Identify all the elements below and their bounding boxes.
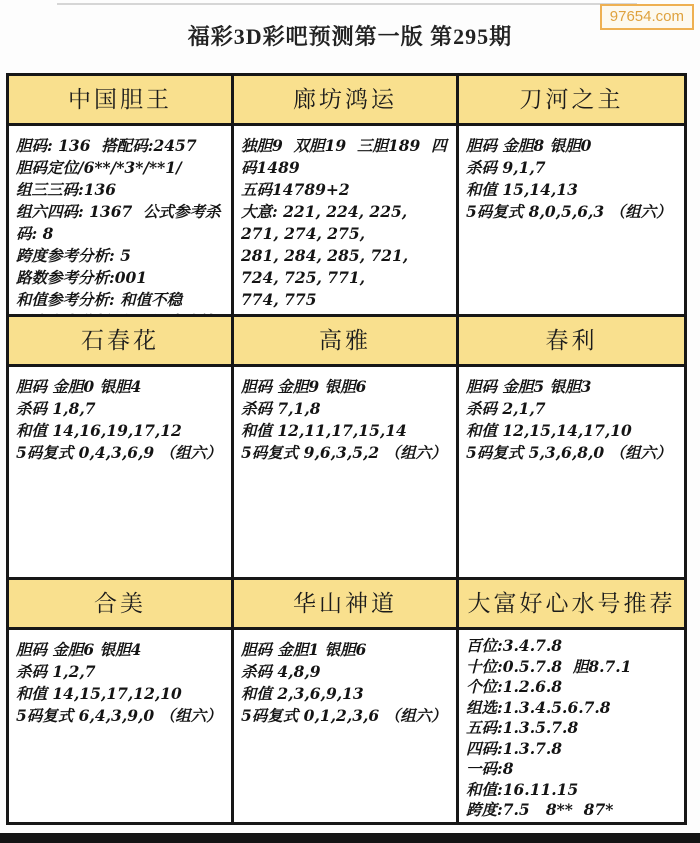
prediction-cell-langfanghongyun: 廊坊鸿运 独胆9 双胆19 三胆189 四码1489 五码14789+2 大意:… <box>234 76 459 317</box>
prediction-cell-chunli: 春利 胆码 金胆5 银胆3 杀码 2,1,7 和值 12,15,14,17,10… <box>459 317 684 580</box>
prediction-cell-hemei: 合美 胆码 金胆6 银胆4 杀码 1,2,7 和值 14,15,17,12,10… <box>9 580 234 822</box>
predictor-name: 中国胆王 <box>9 76 231 126</box>
prediction-cell-daohezhizhu: 刀河之主 胆码 金胆8 银胆0 杀码 9,1,7 和值 15,14,13 5码复… <box>459 76 684 317</box>
prediction-cell-huashanshendao: 华山神道 胆码 金胆1 银胆6 杀码 4,8,9 和值 2,3,6,9,13 5… <box>234 580 459 822</box>
prediction-lines: 胆码 金胆1 银胆6 杀码 4,8,9 和值 2,3,6,9,13 5码复式 0… <box>234 630 456 727</box>
predictor-name: 合美 <box>9 580 231 630</box>
prediction-cell-shichunhua: 石春花 胆码 金胆0 银胆4 杀码 1,8,7 和值 14,16,19,17,1… <box>9 317 234 580</box>
predictor-name: 高雅 <box>234 317 456 367</box>
prediction-table: 中国胆王 胆码: 136 搭配码:2457 胆码定位/6**/*3*/**1/ … <box>6 73 687 825</box>
prediction-lines: 胆码 金胆5 银胆3 杀码 2,1,7 和值 12,15,14,17,10 5码… <box>459 367 684 464</box>
prediction-cell-gaoya: 高雅 胆码 金胆9 银胆6 杀码 7,1,8 和值 12,11,17,15,14… <box>234 317 459 580</box>
prediction-lines: 独胆9 双胆19 三胆189 四码1489 五码14789+2 大意: 221,… <box>234 126 456 317</box>
page-title: 福彩3D彩吧预测第一版 第295期 <box>0 20 700 51</box>
predictor-name: 石春花 <box>9 317 231 367</box>
prediction-cell-dafuhaoxinshui: 大富好心水号推荐 百位:3.4.7.8 十位:0.5.7.8 胆8.7.1 个位… <box>459 580 684 822</box>
prediction-lines: 胆码 金胆9 银胆6 杀码 7,1,8 和值 12,11,17,15,14 5码… <box>234 367 456 464</box>
prediction-lines: 胆码 金胆0 银胆4 杀码 1,8,7 和值 14,16,19,17,12 5码… <box>9 367 231 464</box>
prediction-lines: 胆码 金胆8 银胆0 杀码 9,1,7 和值 15,14,13 5码复式 8,0… <box>459 126 684 223</box>
predictor-name: 刀河之主 <box>459 76 684 126</box>
predictor-name: 大富好心水号推荐 <box>459 580 684 630</box>
predictor-name: 华山神道 <box>234 580 456 630</box>
bottom-edge-band <box>0 833 700 843</box>
top-divider-line <box>57 3 637 5</box>
prediction-lines: 胆码: 136 搭配码:2457 胆码定位/6**/*3*/**1/ 组三三码:… <box>9 126 231 317</box>
predictor-name: 春利 <box>459 317 684 367</box>
prediction-cell-zhongguodanwang: 中国胆王 胆码: 136 搭配码:2457 胆码定位/6**/*3*/**1/ … <box>9 76 234 317</box>
prediction-lines: 百位:3.4.7.8 十位:0.5.7.8 胆8.7.1 个位:1.2.6.8 … <box>459 630 684 821</box>
prediction-lines: 胆码 金胆6 银胆4 杀码 1,2,7 和值 14,15,17,12,10 5码… <box>9 630 231 727</box>
predictor-name: 廊坊鸿运 <box>234 76 456 126</box>
